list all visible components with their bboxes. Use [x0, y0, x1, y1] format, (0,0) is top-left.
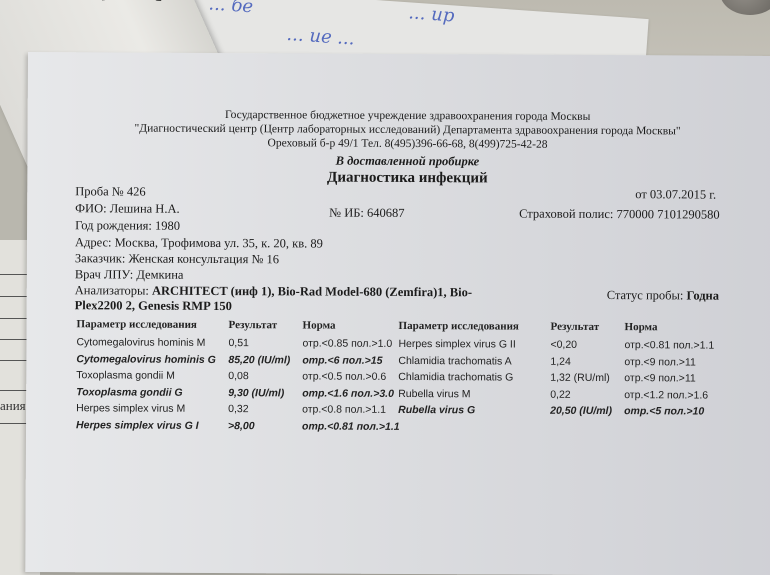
lab-report: Государственное бюджетное учреждение здр… — [25, 52, 770, 575]
customer: Заказчик: Женская консультация № 16 — [75, 251, 279, 267]
norm-range: отр.<6 пол.>15 — [302, 354, 382, 366]
result-value: 1,32 (RU/ml) — [550, 372, 610, 384]
parameter-name: Herpes simplex virus G II — [398, 338, 515, 351]
parameter-name: Cytomegalovirus hominis M — [76, 336, 205, 349]
doctor: Врач ЛПУ: Демкина — [75, 267, 184, 283]
analyzers-list-cont: Plex2200 2, Genesis RMP 150 — [75, 298, 232, 314]
org-name: Государственное бюджетное учреждение здр… — [28, 108, 770, 124]
result-value: 0,22 — [550, 388, 571, 400]
result-value: 0,08 — [228, 370, 249, 382]
result-value: 85,20 (IU/ml) — [228, 354, 290, 366]
analyzers-list: ARCHITECT (инф 1), Bio-Rad Model-680 (Ze… — [152, 284, 472, 300]
insurance-policy: Страховой полис: 770000 7101290580 — [519, 207, 720, 223]
org-center: "Диагностический центр (Центр лабораторн… — [28, 122, 770, 138]
parameter-name: Rubella virus G — [398, 404, 475, 416]
result-value: 9,30 (IU/ml) — [228, 387, 284, 399]
patient-address: Адрес: Москва, Трофимова ул. 35, к. 20, … — [75, 235, 323, 251]
column-header: Результат — [229, 319, 278, 331]
report-date: от 03.07.2015 г. — [635, 187, 716, 202]
results-table-right: Параметр исследованияРезультатНормаHerpe… — [398, 320, 759, 442]
parameter-name: Herpes simplex virus G I — [76, 419, 199, 432]
form-fragment: ания — [0, 398, 26, 414]
parameter-name: Rubella virus M — [398, 387, 470, 399]
parameter-name: Chlamidia trachomatis A — [398, 354, 511, 367]
results-table-left: Параметр исследованияРезультатНормаCytom… — [76, 318, 407, 440]
birth-year: Год рождения: 1980 — [75, 218, 180, 234]
handwriting: ... ир — [408, 2, 455, 26]
parameter-name: Cytomegalovirus hominis G — [76, 353, 216, 366]
parameter-name: Herpes simplex virus M — [76, 402, 185, 415]
result-value: >8,00 — [228, 420, 255, 432]
norm-range: отр.<0.85 пол.>1.0 — [302, 337, 392, 349]
norm-range: отр.<1.6 пол.>3.0 — [302, 387, 394, 399]
org-address: Ореховый б-р 49/1 Тел. 8(495)396-66-68, … — [27, 136, 770, 152]
result-value: 0,51 — [228, 337, 249, 349]
handwriting: ... ие ... — [286, 24, 355, 50]
sample-status: Статус пробы: Годна — [607, 288, 719, 304]
sample-number: Проба № 426 — [75, 184, 145, 199]
norm-range: отр.<5 пол.>10 — [624, 405, 704, 417]
norm-range: отр.<9 пол.>11 — [624, 356, 695, 368]
norm-range: отр.<0.5 пол.>0.6 — [302, 370, 386, 382]
result-value: 20,50 (IU/ml) — [550, 405, 612, 417]
status-value: Годна — [686, 288, 719, 302]
status-label: Статус пробы: — [607, 288, 684, 302]
analyzers-label: Анализаторы: — [75, 283, 149, 297]
ib-number: № ИБ: 640687 — [329, 206, 404, 221]
result-value: 0,32 — [228, 403, 249, 415]
parameter-name: Toxoplasma gondii M — [76, 369, 175, 382]
norm-range: отр.<1.2 пол.>1.6 — [624, 389, 708, 401]
column-header: Параметр исследования — [399, 320, 519, 333]
handwriting: ... бе — [208, 0, 254, 17]
norm-range: отр.<0.8 пол.>1.1 — [302, 403, 386, 415]
result-value: <0,20 — [550, 339, 577, 351]
norm-range: отр.<9 пол.>11 — [624, 372, 695, 384]
parameter-name: Chlamidia trachomatis G — [398, 371, 513, 384]
column-header: Результат — [551, 321, 600, 333]
column-header: Параметр исследования — [77, 318, 197, 331]
column-header: Норма — [625, 321, 658, 333]
parameter-name: Toxoplasma gondii G — [76, 386, 182, 399]
column-header: Норма — [303, 319, 336, 331]
norm-range: отр.<0.81 пол.>1.1 — [624, 339, 714, 351]
folder-label: Врач-лаборант — [0, 0, 163, 2]
patient-name: ФИО: Лешина Н.А. — [75, 201, 180, 217]
result-value: 1,24 — [550, 355, 571, 367]
norm-range: отр.<0.81 пол.>1.1 — [302, 420, 400, 433]
